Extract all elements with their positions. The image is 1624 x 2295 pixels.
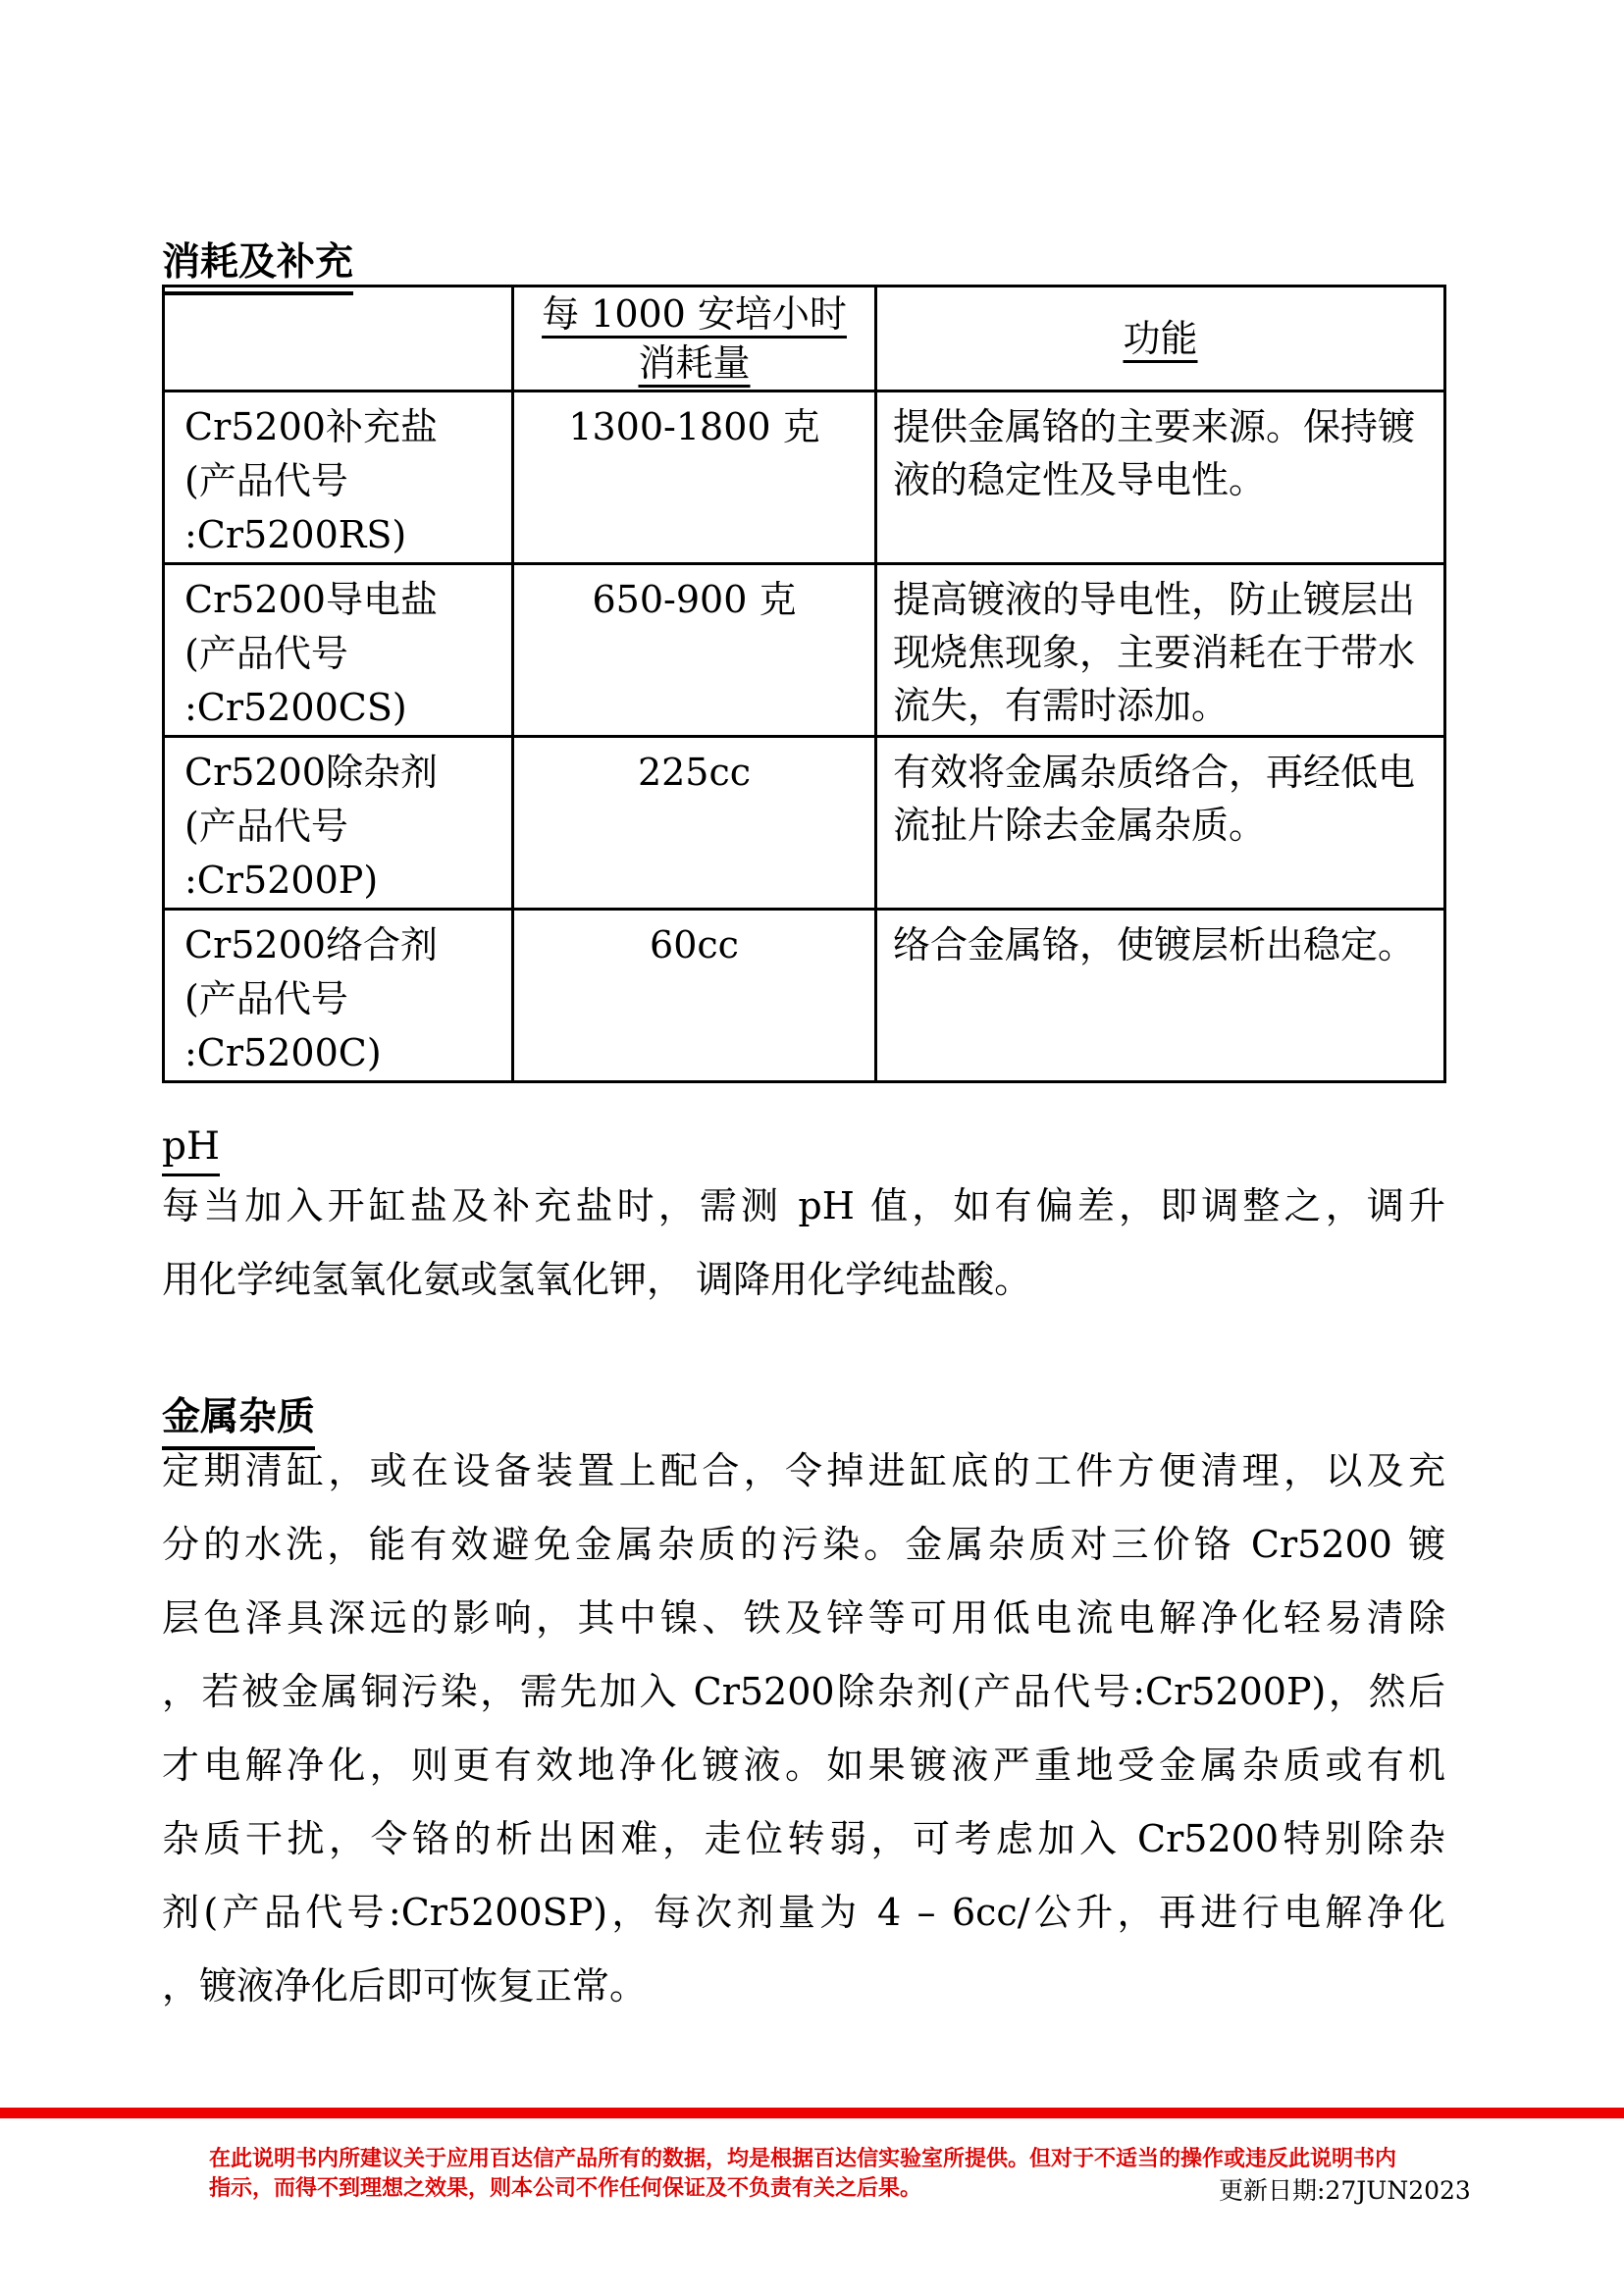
consumption-table: 每 1000 安培小时 消耗量 功能 Cr5200补充盐 (产品代号 :Cr52…	[162, 285, 1446, 1083]
cell-product: Cr5200导电盐 (产品代号 :Cr5200CS)	[164, 564, 513, 737]
header-cell-rate: 每 1000 安培小时 消耗量	[513, 287, 876, 391]
header-function-text: 功能	[1123, 317, 1197, 360]
cell-amount: 225cc	[513, 737, 876, 910]
cell-function: 提高镀液的导电性，防止镀层出现烧焦现象，主要消耗在于带水流失，有需时添加。	[876, 564, 1445, 737]
cell-product: Cr5200补充盐 (产品代号 :Cr5200RS)	[164, 391, 513, 564]
header-rate-line1: 每 1000 安培小时	[542, 292, 847, 336]
document-page: 消耗及补充 每 1000 安培小时 消耗量 功能 Cr5200补充盐 (产品代号…	[0, 0, 1624, 2295]
paragraph-line: 剂(产品代号:Cr5200SP)，每次剂量为 4 – 6cc/公升，再进行电解净…	[162, 1876, 1445, 1950]
paragraph-line: 用化学纯氢氧化氨或氢氧化钾， 调降用化学纯盐酸。	[162, 1243, 1445, 1317]
cell-function: 提供金属铬的主要来源。保持镀液的稳定性及导电性。	[876, 391, 1445, 564]
metal-paragraph: 定期清缸，或在设备装置上配合，令掉进缸底的工件方便清理，以及充 分的水洗，能有效…	[162, 1434, 1445, 2023]
paragraph-line: 每当加入开缸盐及补充盐时，需测 pH 值，如有偏差，即调整之，调升	[162, 1170, 1445, 1243]
cell-product: Cr5200络合剂 (产品代号 :Cr5200C)	[164, 910, 513, 1082]
cell-product: Cr5200除杂剂 (产品代号 :Cr5200P)	[164, 737, 513, 910]
table-header-row: 每 1000 安培小时 消耗量 功能	[164, 287, 1445, 391]
update-date: 更新日期:27JUN2023	[1219, 2171, 1471, 2207]
cell-function: 络合金属铬，使镀层析出稳定。	[876, 910, 1445, 1082]
paragraph-line: ，若被金属铜污染，需先加入 Cr5200除杂剂(产品代号:Cr5200P)，然后	[162, 1655, 1445, 1729]
footer-divider-bar	[0, 2108, 1624, 2118]
table-row: Cr5200导电盐 (产品代号 :Cr5200CS) 650-900 克 提高镀…	[164, 564, 1445, 737]
table-row: Cr5200除杂剂 (产品代号 :Cr5200P) 225cc 有效将金属杂质络…	[164, 737, 1445, 910]
cell-amount: 650-900 克	[513, 564, 876, 737]
footer-disclaimer-line1: 在此说明书内所建议关于应用百达信产品所有的数据，均是根据百达信实验室所提供。但对…	[209, 2145, 1450, 2174]
paragraph-line: 分的水洗，能有效避免金属杂质的污染。金属杂质对三价铬 Cr5200 镀	[162, 1508, 1445, 1582]
paragraph-line: 杂质干扰，令铬的析出困难，走位转弱，可考虑加入 Cr5200特别除杂	[162, 1802, 1445, 1876]
ph-paragraph: 每当加入开缸盐及补充盐时，需测 pH 值，如有偏差，即调整之，调升 用化学纯氢氧…	[162, 1170, 1445, 1317]
paragraph-line: 定期清缸，或在设备装置上配合，令掉进缸底的工件方便清理，以及充	[162, 1434, 1445, 1508]
paragraph-line: ，镀液净化后即可恢复正常。	[162, 1950, 1445, 2023]
paragraph-line: 才电解净化，则更有效地净化镀液。如果镀液严重地受金属杂质或有机	[162, 1729, 1445, 1802]
header-rate-line2: 消耗量	[638, 341, 750, 385]
cell-function: 有效将金属杂质络合，再经低电流扯片除去金属杂质。	[876, 737, 1445, 910]
header-cell-function: 功能	[876, 287, 1445, 391]
table-row: Cr5200络合剂 (产品代号 :Cr5200C) 60cc 络合金属铬，使镀层…	[164, 910, 1445, 1082]
cell-amount: 1300-1800 克	[513, 391, 876, 564]
paragraph-line: 层色泽具深远的影响，其中镍、铁及锌等可用低电流电解净化轻易清除	[162, 1582, 1445, 1655]
table-row: Cr5200补充盐 (产品代号 :Cr5200RS) 1300-1800 克 提…	[164, 391, 1445, 564]
cell-amount: 60cc	[513, 910, 876, 1082]
header-cell-product	[164, 287, 513, 391]
